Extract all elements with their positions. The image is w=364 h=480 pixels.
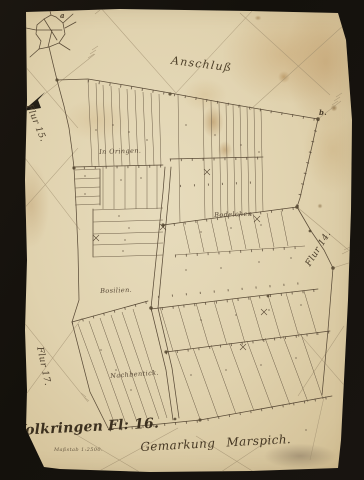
label-field-bosilien: Bosilien.: [100, 286, 132, 295]
boundary-lines: [26, 7, 333, 429]
point-marker-b: b.: [319, 108, 327, 117]
parcel-linework: [0, 0, 364, 480]
paper-sheet: Anschluß Flur 15. Flur 14. Flur 17. In O…: [0, 0, 364, 480]
construction-lines: [12, 6, 355, 478]
label-field-in-oringen: In Oringen.: [99, 147, 141, 156]
map-sheet: Anschluß Flur 15. Flur 14. Flur 17. In O…: [0, 0, 364, 480]
label-field-bodelchen: Bodelchen.: [214, 210, 255, 219]
junction-knots: [55, 78, 334, 430]
survey-crosses: [93, 169, 267, 350]
point-marker-a: a: [60, 11, 65, 20]
parcel-number-marks: [84, 125, 307, 430]
scale-note: Maßstab 1:2500.: [54, 447, 103, 453]
